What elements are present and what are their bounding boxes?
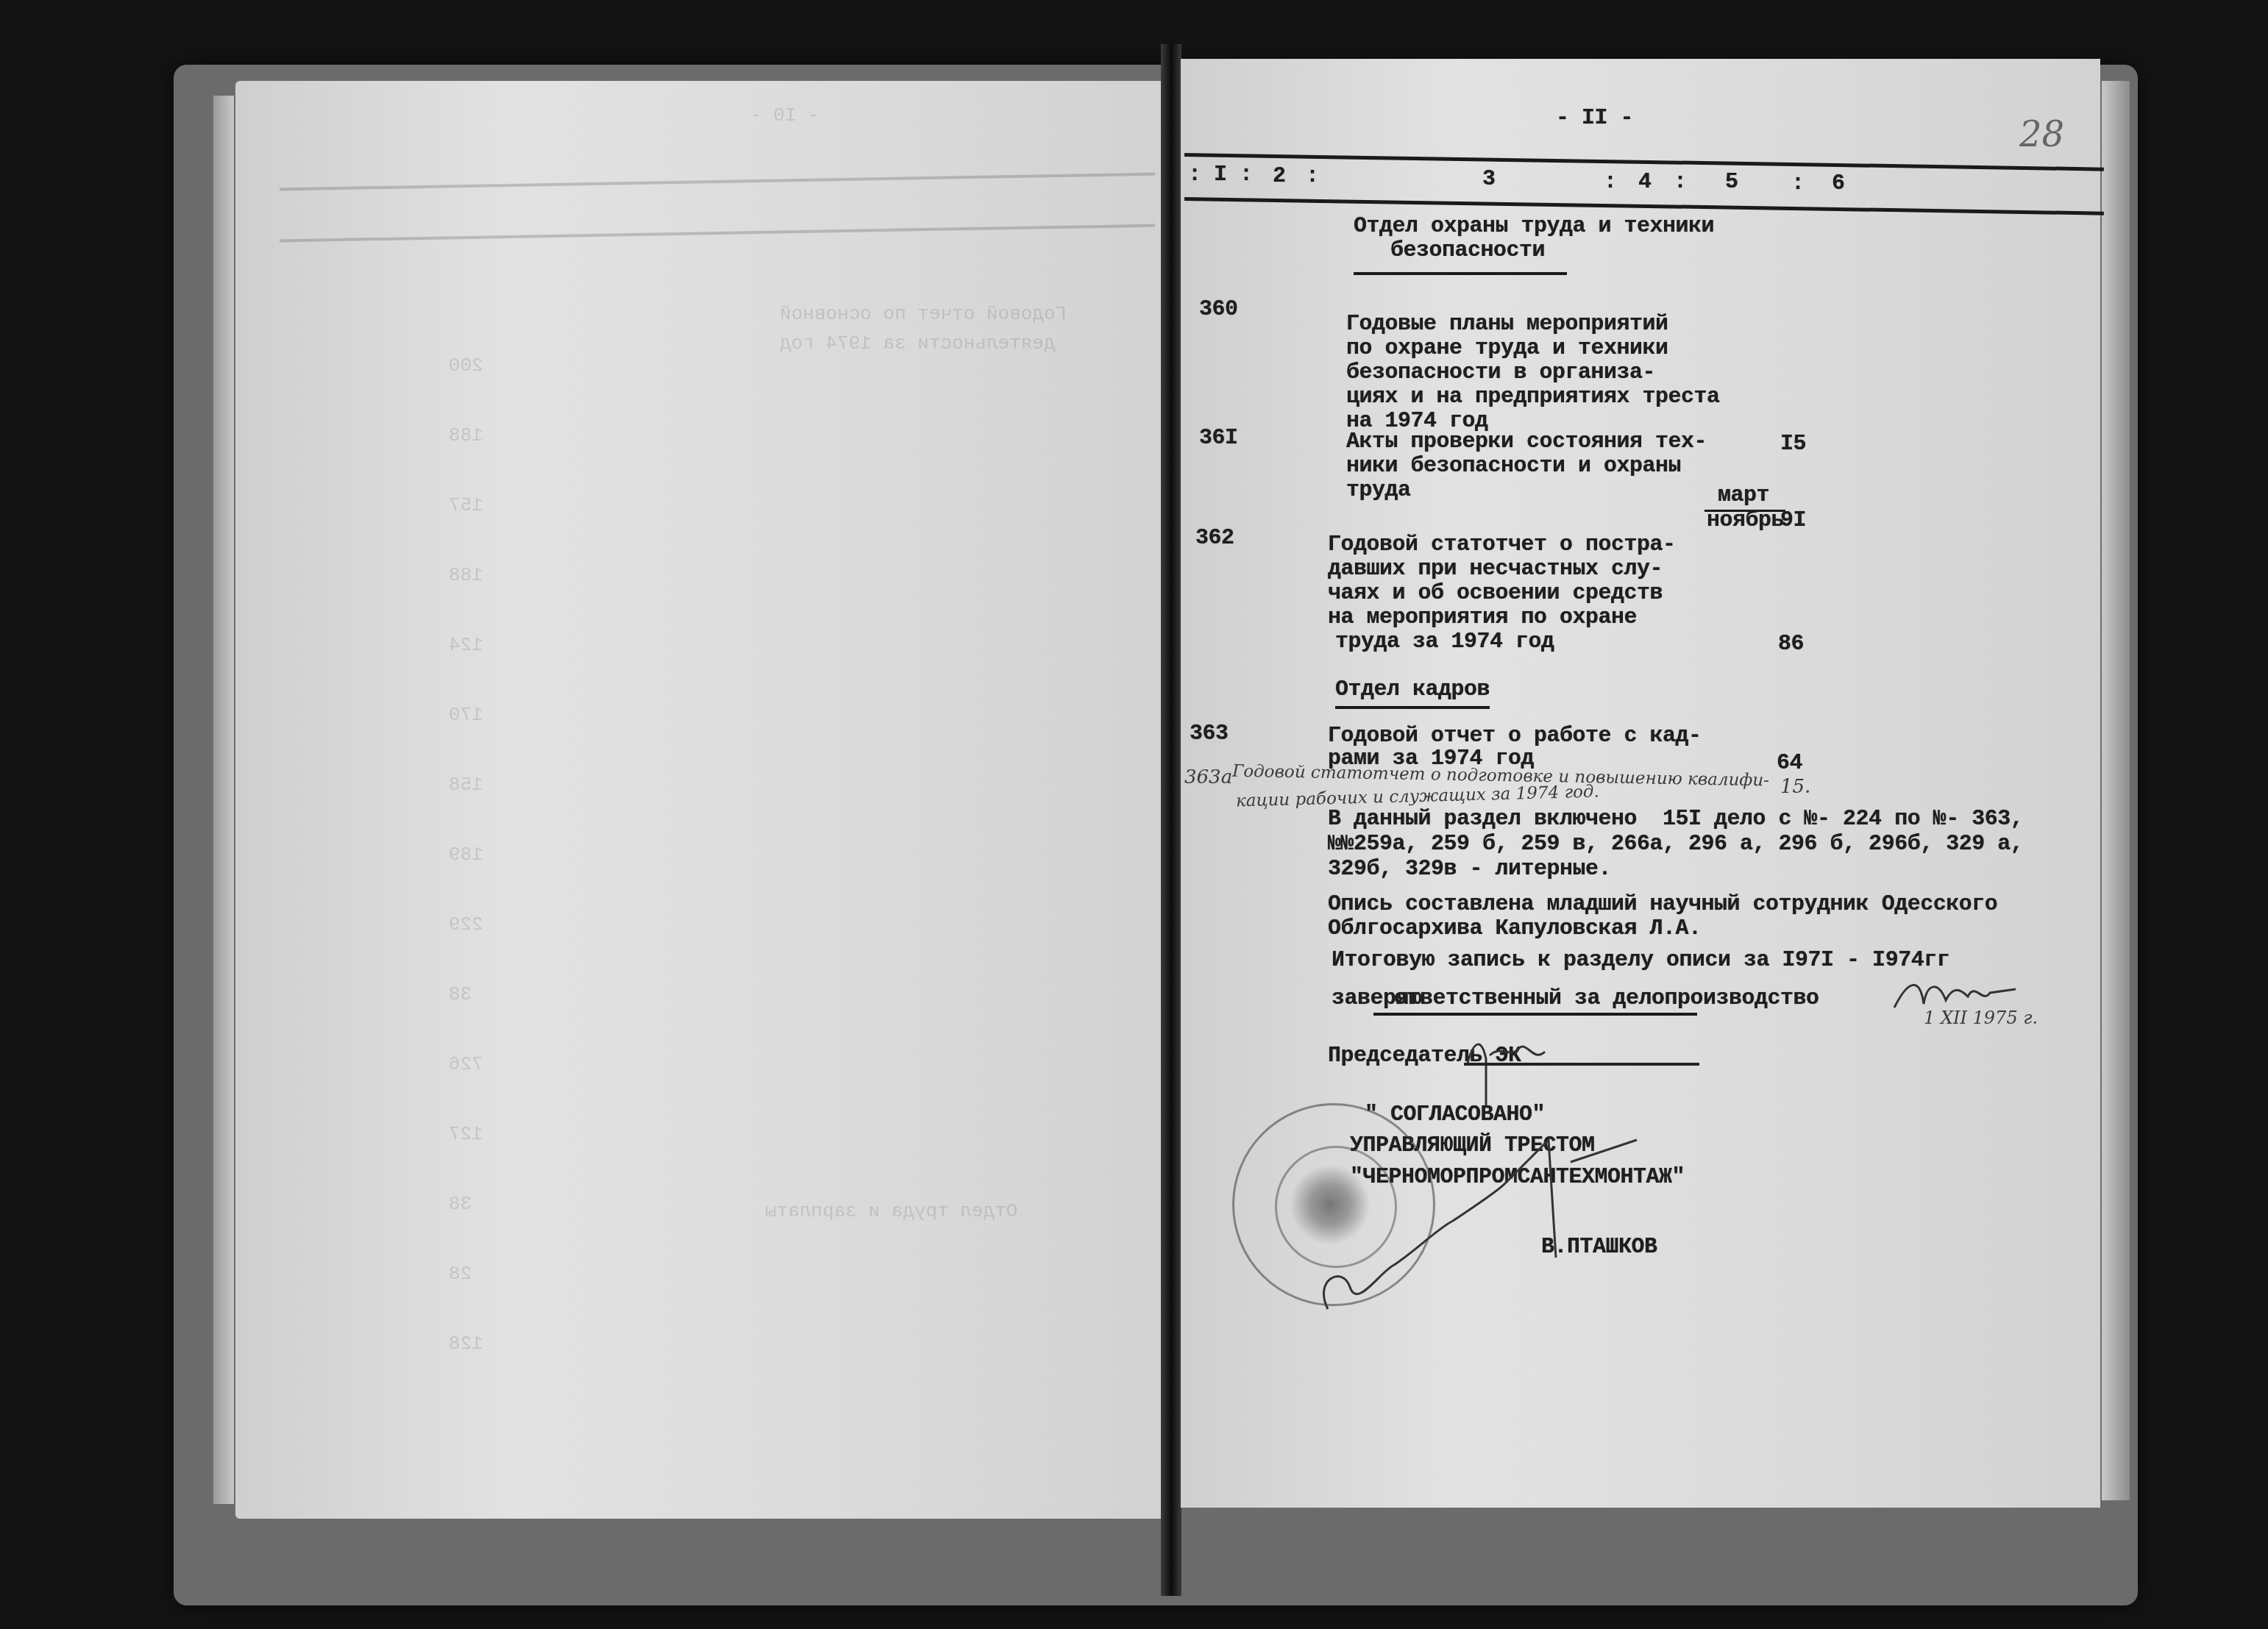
entry-text: Годовой статотчет о постра- (1328, 533, 1676, 557)
ghost-number: 124 (449, 632, 483, 657)
left-page-stack-edge (213, 96, 234, 1504)
final-record-text: Итоговую запись к разделу описи за I97I … (1332, 949, 1949, 973)
ghost-number: 38 (449, 982, 472, 1007)
ghost-number: 200 (449, 353, 483, 378)
page-number: - II - (1556, 107, 1633, 131)
col-header-4: 4 (1638, 171, 1652, 195)
book-gutter (1161, 44, 1181, 1596)
entry-sheets: 64 (1777, 752, 1802, 776)
entry-sheets: 9I (1780, 509, 1806, 533)
entry-text: давших при несчастных слу- (1328, 557, 1663, 582)
entry-sheets: 86 (1778, 632, 1804, 657)
col-header-3: 3 (1482, 168, 1496, 192)
certify-underline (1373, 1013, 1697, 1016)
ghost-number: 127 (449, 1122, 483, 1147)
ghost-number: 158 (449, 772, 483, 797)
entry-text: труда за 1974 год (1335, 630, 1554, 655)
folio-number: 28 (2019, 114, 2064, 155)
entry-text: чаях и об освоении средств (1328, 582, 1663, 606)
entry-text: по охране труда и техники (1346, 337, 1668, 361)
official-stamp (1232, 1103, 1435, 1306)
ghost-text: Годовой отчет по основной (780, 302, 1067, 327)
section-title-safety-2: безопасности (1390, 239, 1545, 263)
col-header-1: I (1214, 163, 1227, 188)
col-header-6: 6 (1832, 172, 1845, 196)
ghost-number: 188 (449, 563, 483, 588)
entry-text: безопасности в организа- (1346, 361, 1655, 385)
summary-line: №№259а, 259 б, 259 в, 266а, 296 а, 296 б… (1328, 833, 2023, 857)
section-title-personnel: Отдел кадров (1335, 678, 1490, 702)
ghost-number: 157 (449, 493, 483, 518)
section-title-safety: Отдел охраны труда и техники (1354, 215, 1714, 239)
left-page-number-ghost: - I0 - (750, 103, 820, 128)
entry-date-end: ноябрь (1707, 509, 1784, 533)
entry-text: на мероприятия по охране (1328, 606, 1637, 630)
ghost-number: 726 (449, 1052, 483, 1077)
summary-line: В данный раздел включено 15I дело с №- 2… (1328, 808, 2023, 832)
entry-sheets: I5 (1780, 432, 1806, 457)
entry-number-362: 362 (1195, 527, 1234, 551)
col-header-2: 2 (1273, 165, 1286, 189)
entry-text: Годовой отчет о работе с кад- (1328, 724, 1702, 749)
ghost-text: Отдел труда и зарплаты (765, 1199, 1017, 1224)
header-rule-bottom (1184, 197, 2104, 215)
ghost-number: 170 (449, 702, 483, 727)
entry-text: труда (1346, 479, 1411, 503)
compiler-line: Опись составлена младший научный сотрудн… (1328, 893, 1997, 917)
left-page: - I0 - Годовой отчет по основной деятель… (235, 81, 1162, 1519)
entry-number-363: 363 (1190, 722, 1229, 746)
ghost-rule (280, 224, 1155, 243)
summary-line: 329б, 329в - литерные. (1328, 858, 1611, 882)
entry-number-361: 36I (1199, 427, 1238, 451)
ghost-number: 229 (449, 912, 483, 937)
section-underline (1335, 706, 1490, 709)
certify-date: 1 XII 1975 г. (1924, 1008, 2038, 1028)
entry-text: ники безопасности и охраны (1346, 455, 1681, 479)
section-underline (1354, 272, 1567, 275)
compiler-line: Облгосархива Капуловская Л.А. (1328, 917, 1702, 941)
entry-number-363a: 363а (1184, 766, 1232, 788)
ghost-number: 189 (449, 842, 483, 867)
certify-role: ответственный за делопроизводство (1394, 987, 1819, 1011)
col-header-5: 5 (1725, 171, 1738, 195)
ghost-number: 28 (449, 1261, 472, 1286)
ghost-number: 188 (449, 423, 483, 448)
header-rule-top (1184, 153, 2104, 171)
entry-date-start: март (1718, 484, 1769, 508)
entry-number-360: 360 (1199, 298, 1238, 322)
stamp-emblem-icon (1290, 1164, 1371, 1245)
ghost-rule (280, 173, 1155, 191)
ghost-number: 128 (449, 1331, 483, 1356)
entry-text: циях и на предприятиях треста (1346, 385, 1720, 410)
handwritten-sheets: 15. (1780, 776, 1810, 798)
entry-text: Акты проверки состояния тех- (1346, 430, 1707, 455)
right-page-stack-edge (2102, 81, 2130, 1500)
ghost-number: 38 (449, 1191, 472, 1216)
entry-text: Годовые планы мероприятий (1346, 313, 1668, 337)
ghost-text: деятельности за 1974 год (780, 331, 1055, 356)
